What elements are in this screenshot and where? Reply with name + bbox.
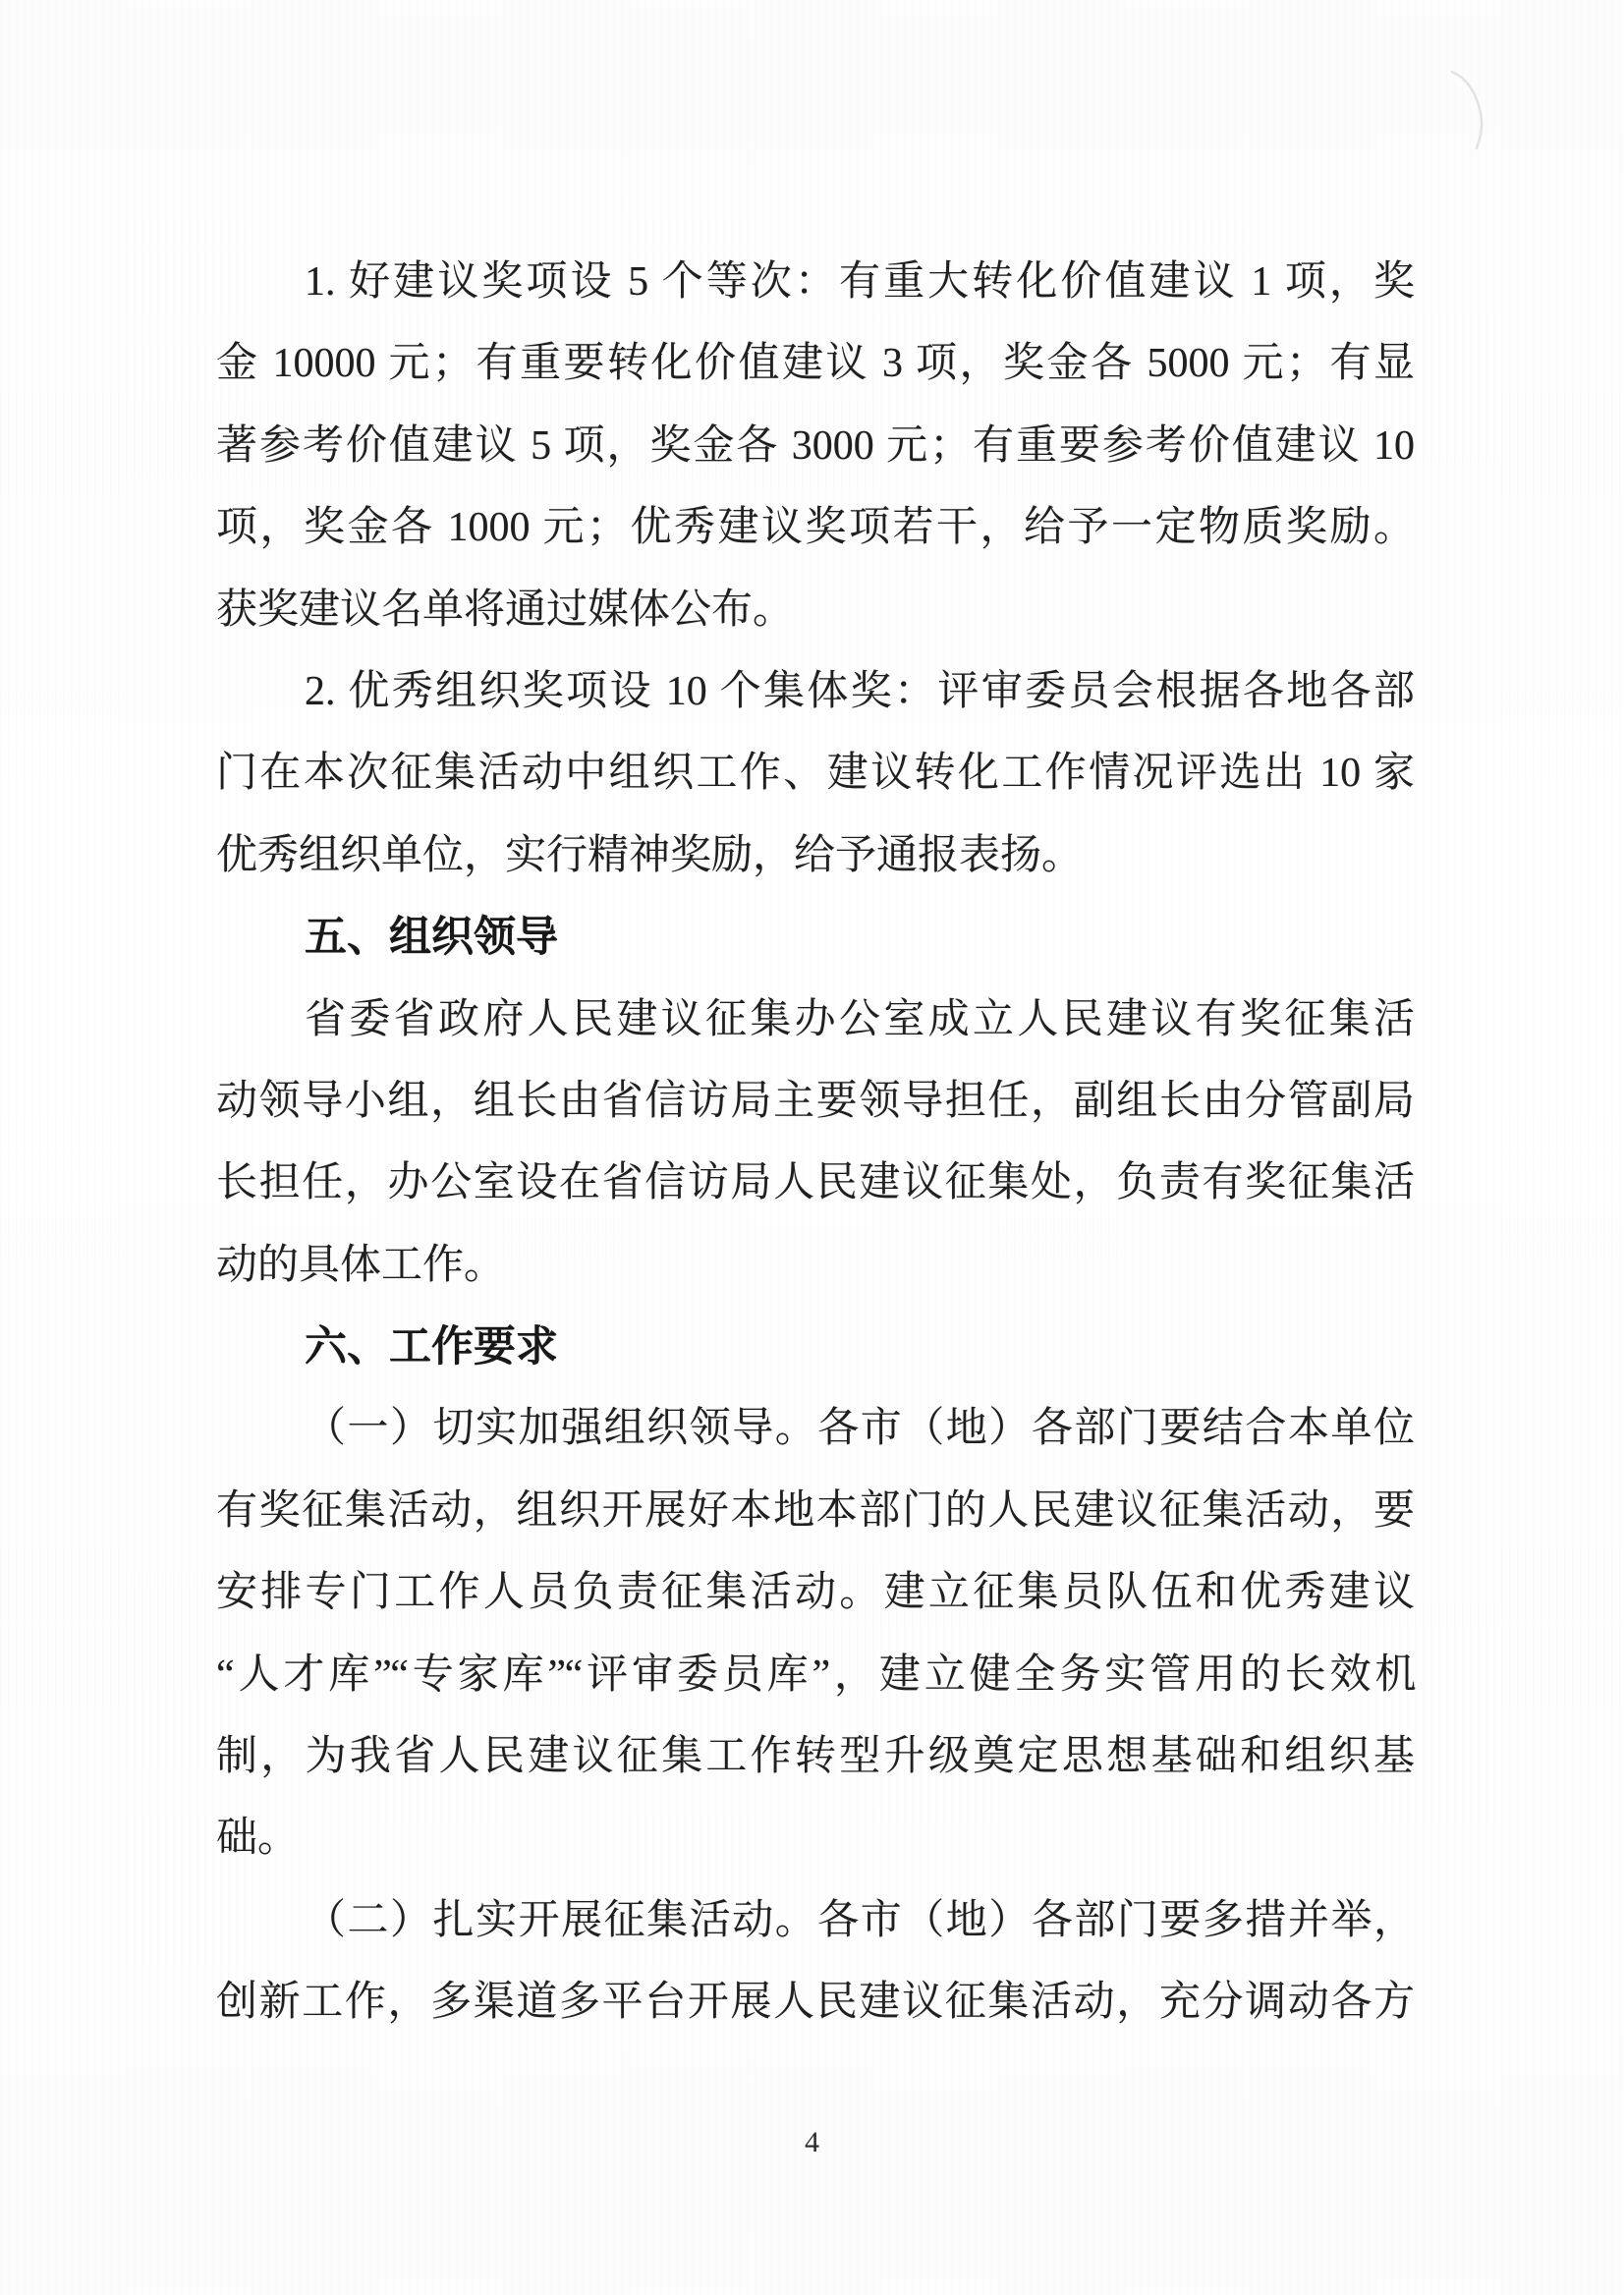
section-heading: 五、组织领导 [216,897,1415,979]
body-line: （二）扎实开展征集活动。各市（地）各部门要多措并举， [216,1880,1415,1962]
body-line: 动领导小组，组长由省信访局主要领导担任，副组长由分管副局 [216,1061,1415,1143]
body-line: 项，奖金各 1000 元；优秀建议奖项若干，给予一定物质奖励。 [216,487,1415,569]
body-line: 长担任，办公室设在省信访局人民建议征集处，负责有奖征集活 [216,1143,1415,1224]
document-page: 1. 好建议奖项设 5 个等次：有重大转化价值建议 1 项，奖 金 10000 … [0,0,1624,2295]
body-line: 安排专门工作人员负责征集活动。建立征集员队伍和优秀建议 [216,1552,1415,1634]
body-line: 础。 [216,1798,1415,1879]
body-line: 门在本次征集活动中组织工作、建议转化工作情况评选出 10 家 [216,733,1415,814]
body-line: “人才库”“专家库”“评审委员库”，建立健全务实管用的长效机 [216,1635,1415,1716]
section-heading: 六、工作要求 [216,1307,1415,1388]
body-line: 创新工作，多渠道多平台开展人民建议征集活动，充分调动各方 [216,1962,1415,2043]
document-body: 1. 好建议奖项设 5 个等次：有重大转化价值建议 1 项，奖 金 10000 … [216,242,1415,2044]
body-line: 优秀组织单位，实行精神奖励，给予通报表扬。 [216,815,1415,897]
body-line: 2. 优秀组织奖项设 10 个集体奖：评审委员会根据各地各部 [216,651,1415,733]
body-line: 1. 好建议奖项设 5 个等次：有重大转化价值建议 1 项，奖 [216,242,1415,323]
body-line: 动的具体工作。 [216,1225,1415,1307]
body-line: （一）切实加强组织领导。各市（地）各部门要结合本单位 [216,1388,1415,1470]
page-footer: 4 [0,2126,1624,2159]
body-line: 省委省政府人民建议征集办公室成立人民建议有奖征集活 [216,980,1415,1061]
body-line: 有奖征集活动，组织开展好本地本部门的人民建议征集活动，要 [216,1471,1415,1552]
body-line: 著参考价值建议 5 项，奖金各 3000 元；有重要参考价值建议 10 [216,406,1415,487]
page-number: 4 [805,2126,819,2158]
body-line: 金 10000 元；有重要转化价值建议 3 项，奖金各 5000 元；有显 [216,323,1415,405]
body-line: 制，为我省人民建议征集工作转型升级奠定思想基础和组织基 [216,1716,1415,1798]
body-line: 获奖建议名单将通过媒体公布。 [216,570,1415,651]
